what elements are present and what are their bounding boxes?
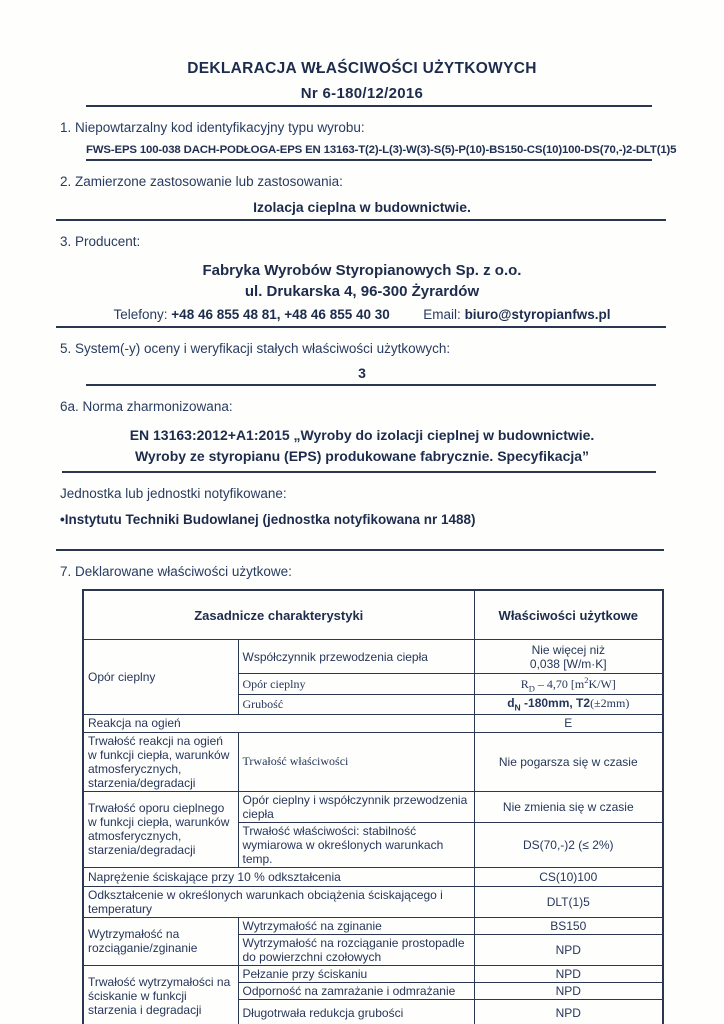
harmonised-standard: EN 13163:2012+A1:2015 „Wyroby do izolacj… — [0, 425, 724, 467]
table-cell-value: CS(10)100 — [474, 867, 663, 886]
table-cell-label: Pełzanie przy ściskaniu — [238, 965, 474, 982]
table-cell-value: NPD — [474, 999, 663, 1024]
table-cell-value: Nie więcej niż 0,038 [W/m·K] — [474, 640, 663, 674]
table-group-label: Opór cieplny — [83, 640, 238, 715]
divider — [56, 219, 666, 221]
divider — [56, 549, 664, 551]
table-cell-label: Długotrwała redukcja grubości — [238, 999, 474, 1024]
email-label: Email: — [423, 307, 461, 322]
producer-contact: Telefony: +48 46 855 48 81, +48 46 855 4… — [0, 307, 724, 322]
divider — [56, 326, 666, 328]
product-code: FWS-EPS 100-038 DACH-PODŁOGA-EPS EN 1316… — [86, 144, 652, 161]
doc-title: DEKLARACJA WŁAŚCIWOŚCI UŻYTKOWYCH — [0, 60, 724, 78]
phones-label: Telefony: — [113, 307, 167, 322]
table-cell-value: NPD — [474, 982, 663, 999]
table-cell-value: NPD — [474, 965, 663, 982]
divider — [86, 384, 656, 386]
table-cell-value: Nie pogarsza się w czasie — [474, 732, 663, 791]
producer-address: ul. Drukarska 4, 96-300 Żyrardów — [0, 283, 724, 300]
avcp-system-value: 3 — [0, 365, 724, 381]
section-7-label: 7. Deklarowane właściwości użytkowe: — [60, 564, 684, 579]
table-cell-value: Nie zmienia się w czasie — [474, 791, 663, 822]
section-3-label: 3. Producent: — [60, 234, 684, 249]
divider — [62, 471, 656, 473]
email-address: biuro@styropianfws.pl — [465, 307, 611, 322]
producer-name: Fabryka Wyrobów Styropianowych Sp. z o.o… — [0, 262, 724, 279]
table-cell-label: Współczynnik przewodzenia ciepła — [238, 640, 474, 674]
phone-numbers: +48 46 855 48 81, +48 46 855 40 30 — [171, 307, 389, 322]
table-group-label: Trwałość oporu cieplnego w funkcji ciepł… — [83, 791, 238, 867]
table-cell-value: RD – 4,70 [m2K/W] — [474, 674, 663, 695]
table-cell-label: Odkształcenie w określonych warunkach ob… — [83, 886, 474, 917]
notified-body-label: Jednostka lub jednostki notyfikowane: — [60, 486, 684, 501]
table-cell-label: Opór cieplny — [238, 674, 474, 695]
table-cell-value: DS(70,-)2 (≤ 2%) — [474, 822, 663, 867]
standard-line-2: Wyroby ze styropianu (EPS) produkowane f… — [0, 446, 724, 467]
notified-body-value: •Instytutu Techniki Budowlanej (jednostk… — [60, 512, 684, 527]
table-cell-label: Reakcja na ogień — [83, 714, 474, 732]
doc-number: Nr 6-180/12/2016 — [0, 85, 724, 102]
table-cell-value: BS150 — [474, 917, 663, 934]
section-5-label: 5. System(-y) oceny i weryfikacji stałyc… — [60, 341, 684, 356]
table-cell-label: Naprężenie ściskające przy 10 % odkształ… — [83, 867, 474, 886]
table-group-label: Wytrzymałość na rozciąganie/zginanie — [83, 917, 238, 965]
divider — [86, 105, 652, 107]
declaration-of-performance-document: DEKLARACJA WŁAŚCIWOŚCI UŻYTKOWYCH Nr 6-1… — [0, 0, 724, 1024]
table-cell-value: dN -180mm, T2(±2mm) — [474, 695, 663, 714]
section-2-label: 2. Zamierzone zastosowanie lub zastosowa… — [60, 174, 684, 189]
intended-use: Izolacja cieplna w budownictwie. — [0, 199, 724, 215]
table-group-label: Trwałość wytrzymałości na ściskanie w fu… — [83, 965, 238, 1024]
table-cell-value: NPD — [474, 934, 663, 965]
table-cell-label: Odporność na zamrażanie i odmrażanie — [238, 982, 474, 999]
table-group-label: Trwałość reakcji na ogień w funkcji ciep… — [83, 732, 238, 791]
declared-performance-table: Zasadnicze charakterystyki Właściwości u… — [82, 589, 664, 1024]
section-1-label: 1. Niepowtarzalny kod identyfikacyjny ty… — [60, 120, 684, 135]
table-cell-label: Wytrzymałość na zginanie — [238, 917, 474, 934]
table-cell-value: E — [474, 714, 663, 732]
section-6a-label: 6a. Norma zharmonizowana: — [60, 399, 684, 414]
table-cell-label: Wytrzymałość na rozciąganie prostopadle … — [238, 934, 474, 965]
table-header-performance: Właściwości użytkowe — [474, 590, 663, 640]
table-cell-value: DLT(1)5 — [474, 886, 663, 917]
table-cell-label: Grubość — [238, 695, 474, 714]
table-cell-label: Trwałość właściwości: stabilność wymiaro… — [238, 822, 474, 867]
table-cell-label: Opór cieplny i współczynnik przewodzenia… — [238, 791, 474, 822]
table-cell-label: Trwałość właściwości — [238, 732, 474, 791]
standard-line-1: EN 13163:2012+A1:2015 „Wyroby do izolacj… — [0, 425, 724, 446]
table-header-characteristics: Zasadnicze charakterystyki — [83, 590, 474, 640]
